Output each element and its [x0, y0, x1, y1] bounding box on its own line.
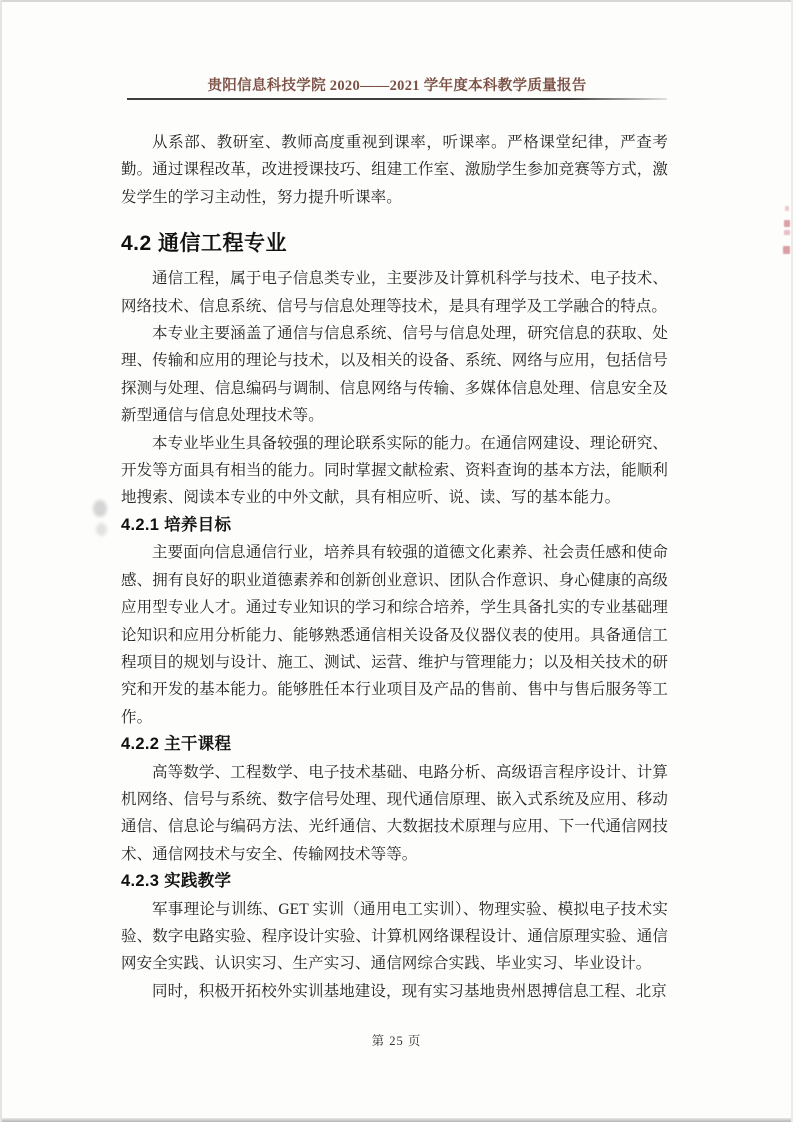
paragraph: 本专业主要涵盖了通信与信息系统、信号与信息处理，研究信息的获取、处理、传输和应用…	[121, 320, 668, 430]
scan-smudge	[93, 500, 107, 517]
page-number: 第 25 页	[372, 1034, 422, 1048]
scan-edge-top	[0, 0, 793, 2]
scan-red-mark	[784, 220, 790, 227]
running-head-title: 贵阳信息科技学院 2020——2021 学年度本科教学质量报告	[127, 77, 667, 95]
subsection-heading-4-2-1: 4.2.1 培养目标	[121, 512, 668, 539]
subsection-heading-4-2-2: 4.2.2 主干课程	[121, 731, 668, 758]
scan-red-mark	[784, 230, 790, 235]
page-footer: 第 25 页	[0, 1031, 793, 1050]
scan-smudge	[96, 523, 107, 536]
scan-edge-bottom	[0, 1118, 793, 1122]
paragraph: 军事理论与训练、GET 实训（通用电工实训）、物理实验、模拟电子技术实验、数字电…	[121, 896, 668, 978]
document-page: 贵阳信息科技学院 2020——2021 学年度本科教学质量报告 从系部、教研室、…	[0, 0, 793, 1122]
header-rule	[127, 98, 667, 100]
scan-red-mark	[785, 206, 789, 211]
paragraph-intro: 从系部、教研室、教师高度重视到课率，听课率。严格课堂纪律，严查考勤。通过课程改革…	[121, 129, 668, 211]
subsection-heading-4-2-3: 4.2.3 实践教学	[121, 868, 668, 895]
scan-red-mark	[783, 246, 790, 254]
paragraph: 同时，积极开拓校外实训基地建设，现有实习基地贵州恩搏信息工程、北京	[121, 978, 668, 1005]
section-heading-4-2: 4.2 通信工程专业	[121, 231, 668, 257]
paragraph: 高等数学、工程数学、电子技术基础、电路分析、高级语言程序设计、计算机网络、信号与…	[121, 759, 668, 869]
paragraph: 本专业毕业生具备较强的理论联系实际的能力。在通信网建设、理论研究、开发等方面具有…	[121, 430, 668, 512]
running-head: 贵阳信息科技学院 2020——2021 学年度本科教学质量报告	[127, 77, 667, 100]
paragraph: 通信工程，属于电子信息类专业，主要涉及计算机科学与技术、电子技术、网络技术、信息…	[121, 265, 668, 320]
scan-edge-left	[0, 0, 2, 1122]
text-column: 从系部、教研室、教师高度重视到课率，听课率。严格课堂纪律，严查考勤。通过课程改革…	[121, 129, 668, 1005]
paragraph: 主要面向信息通信行业，培养具有较强的道德文化素养、社会责任感和使命感、拥有良好的…	[121, 539, 668, 731]
